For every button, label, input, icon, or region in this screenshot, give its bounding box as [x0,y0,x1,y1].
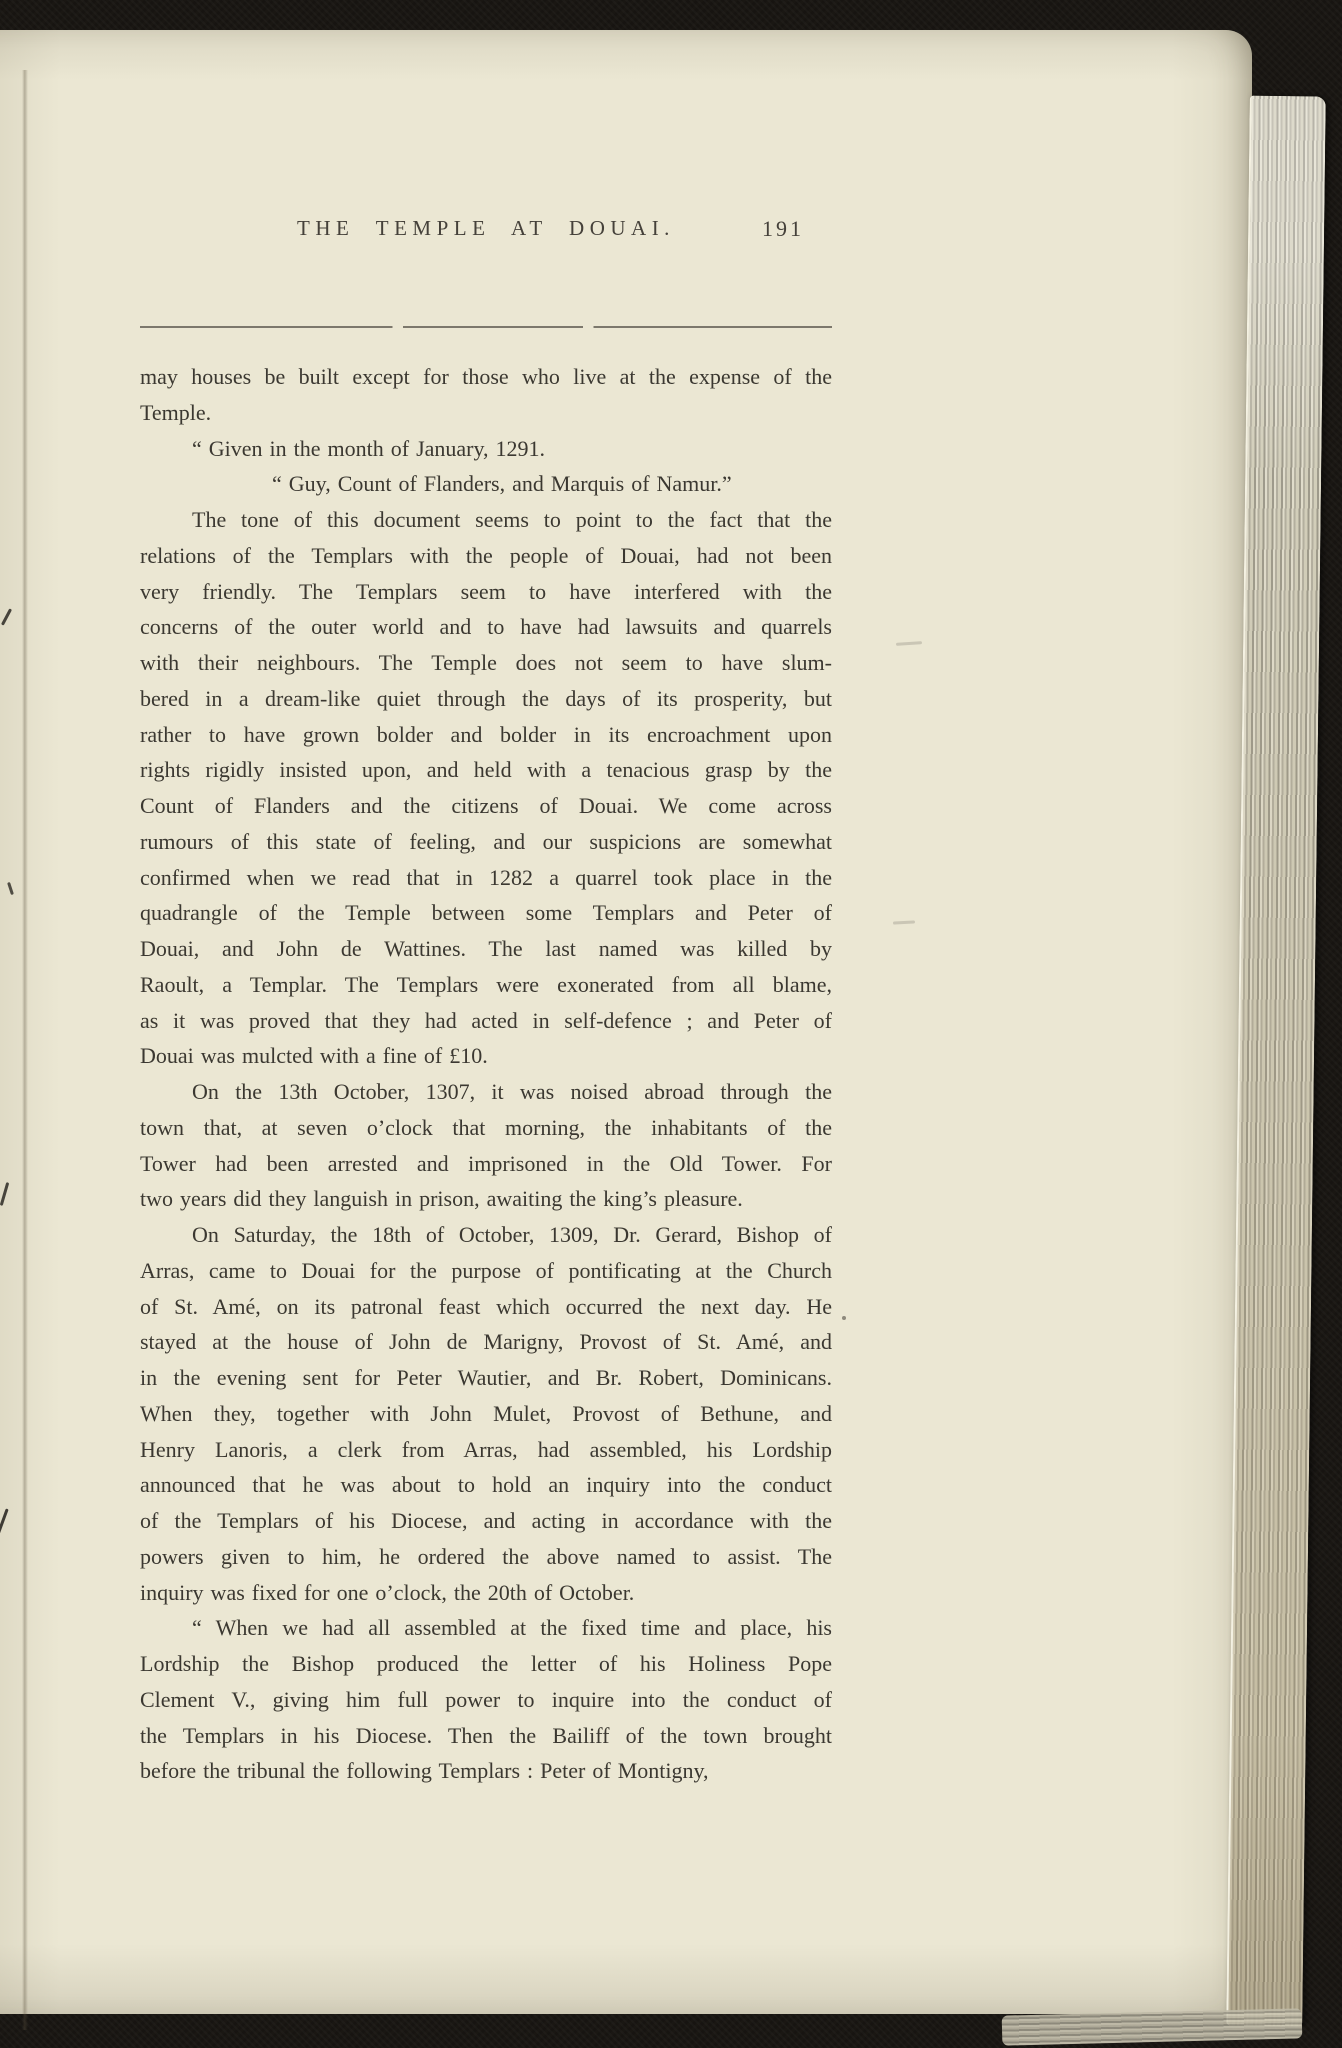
ink-mark [7,882,14,895]
fore-edge-bottom-pages [1002,2008,1303,2045]
running-head: THE TEMPLE AT DOUAI. [140,216,832,246]
text-line: Raoult, a Templar. The Templars were exo… [140,967,832,1003]
text-line: of the Templars of his Diocese, and acti… [140,1503,832,1539]
text-line: Henry Lanoris, a clerk from Arras, had a… [140,1432,832,1468]
text-line: very friendly. The Templars seem to have… [140,574,832,610]
page-number: 191 [762,216,804,242]
text-line: quadrangle of the Temple between some Te… [140,895,832,931]
text-line: powers given to him, he ordered the abov… [140,1539,832,1575]
text-line: the Templars in his Diocese. Then the Ba… [140,1718,832,1754]
text-line: stayed at the house of John de Marigny, … [140,1324,832,1360]
page-body: may houses be built except for those who… [140,359,832,1789]
text-line: of St. Amé, on its patronal feast which … [140,1289,832,1325]
text-line: “ Guy, Count of Flanders, and Marquis of… [140,466,832,502]
text-line: Lordship the Bishop produced the letter … [140,1646,832,1682]
pencil-mark [896,641,922,646]
ink-mark [1,608,12,625]
header-rule [140,326,832,328]
text-line: rather to have grown bolder and bolder i… [140,717,832,753]
text-line: bered in a dream-like quiet through the … [140,681,832,717]
text-line: concerns of the outer world and to have … [140,609,832,645]
text-line: announced that he was about to hold an i… [140,1467,832,1503]
text-line: town that, at seven o’clock that morning… [140,1110,832,1146]
text-line: relations of the Templars with the peopl… [140,538,832,574]
text-line: Temple. [140,395,832,431]
text-line: before the tribunal the following Templa… [140,1753,832,1789]
text-line: in the evening sent for Peter Wautier, a… [140,1360,832,1396]
text-line: Douai, and John de Wattines. The last na… [140,931,832,967]
text-line: Tower had been arrested and imprisoned i… [140,1146,832,1182]
text-line: rights rigidly insisted upon, and held w… [140,752,832,788]
text-line: rumours of this state of feeling, and ou… [140,824,832,860]
ink-dot [842,1316,846,1320]
text-line: “ When we had all assembled at the fixed… [140,1610,832,1646]
ink-mark [0,1508,9,1535]
text-line: On the 13th October, 1307, it was noised… [140,1074,832,1110]
book-page-photo: THE TEMPLE AT DOUAI. 191 may houses be b… [0,0,1342,2048]
text-line: Count of Flanders and the citizens of Do… [140,788,832,824]
gutter-crease [22,70,28,2030]
text-line: two years did they languish in prison, a… [140,1181,832,1217]
ink-mark [0,1182,9,1206]
text-line: When they, together with John Mulet, Pro… [140,1396,832,1432]
text-line: Douai was mulcted with a fine of £10. [140,1038,832,1074]
text-line: inquiry was fixed for one o’clock, the 2… [140,1575,832,1611]
text-line: with their neighbours. The Temple does n… [140,645,832,681]
text-line: Clement V., giving him full power to inq… [140,1682,832,1718]
book-page: THE TEMPLE AT DOUAI. 191 may houses be b… [0,30,1252,2014]
text-line: may houses be built except for those who… [140,359,832,395]
text-line: “ Given in the month of January, 1291. [140,431,832,467]
text-line: On Saturday, the 18th of October, 1309, … [140,1217,832,1253]
text-line: Arras, came to Douai for the purpose of … [140,1253,832,1289]
text-line: The tone of this document seems to point… [140,502,832,538]
text-line: as it was proved that they had acted in … [140,1003,832,1039]
pencil-mark [893,920,915,924]
text-line: confirmed when we read that in 1282 a qu… [140,860,832,896]
